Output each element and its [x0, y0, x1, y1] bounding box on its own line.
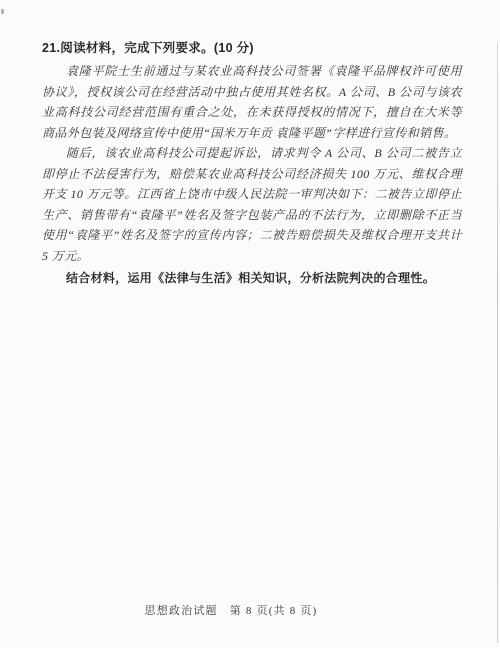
- scan-speck-artifact: [1, 9, 4, 14]
- scan-edge-line: [497, 42, 498, 643]
- question-prompt: 结合材料，运用《法律与生活》相关知识，分析法院判决的合理性。: [42, 268, 462, 289]
- material-paragraph-1: 袁隆平院士生前通过与某农业高科技公司签署《袁隆平品牌权许可使用协议》，授权该公司…: [42, 61, 462, 143]
- exam-paper-page: 21.阅读材料，完成下列要求。(10 分) 袁隆平院士生前通过与某农业高科技公司…: [0, 0, 500, 648]
- question-block: 21.阅读材料，完成下列要求。(10 分) 袁隆平院士生前通过与某农业高科技公司…: [42, 38, 462, 289]
- footer-subject-title: 思想政治试题: [145, 605, 218, 617]
- page-footer: 思想政治试题第 8 页(共 8 页): [0, 602, 462, 618]
- footer-page-number: 第 8 页(共 8 页): [230, 605, 318, 617]
- material-paragraph-2: 随后，该农业高科技公司提起诉讼，请求判令 A 公司、B 公司二被告立即停止不法侵…: [42, 143, 462, 266]
- question-number-header: 21.阅读材料，完成下列要求。(10 分): [42, 38, 462, 58]
